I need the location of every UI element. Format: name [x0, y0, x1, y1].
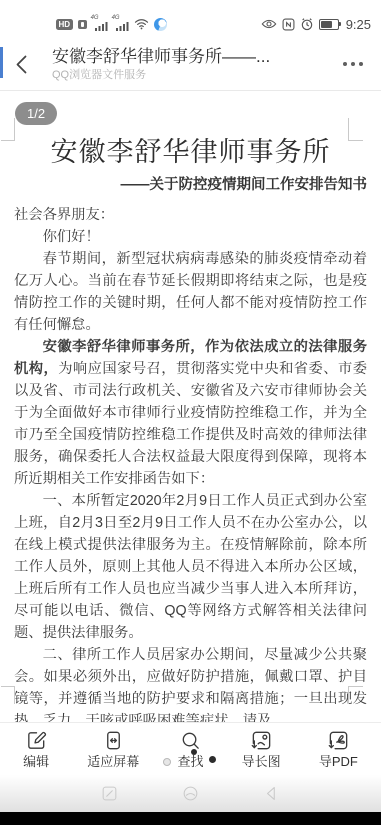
- find-button[interactable]: 查找: [177, 729, 203, 769]
- document-title-header: 安徽李舒华律师事务所——...: [52, 46, 270, 67]
- document-page[interactable]: 1/2 安徽李舒华律师事务所 ——关于防控疫情期间工作安排告知书 社会各界朋友：…: [0, 91, 381, 722]
- qq-browser-doc-viewer: HD 4G 4G: [0, 0, 381, 825]
- find-dot-right: [209, 756, 216, 763]
- wifi-icon: [134, 18, 149, 30]
- app-header: 安徽李舒华律师事务所——... QQ浏览器文件服务: [0, 38, 381, 91]
- export-pdf-icon: [327, 729, 350, 752]
- doc-paragraph: 安徽李舒华律师事务所，作为依法成立的法律服务机构，为响应国家号召，贯彻落实党中央…: [14, 336, 367, 490]
- more-options-button[interactable]: [341, 56, 365, 72]
- signal-strength-icon-sim1: 4G: [92, 17, 108, 31]
- doc-paragraph: 春节期间，新型冠状病病毒感染的肺炎疫情牵动着亿万人心。当前在春节延长假期即将结束…: [14, 248, 367, 336]
- doc-paragraph: 你们好！: [14, 226, 367, 248]
- service-name: QQ浏览器文件服务: [52, 68, 270, 82]
- find-dot-left: [163, 758, 171, 766]
- page-corner-bottom-right: [348, 686, 363, 704]
- edge-indicator: [0, 47, 3, 78]
- bottom-toolbar: 编辑 适应屏幕 查找 导长图: [0, 722, 381, 775]
- sim-badge-icon: [78, 20, 87, 29]
- doc-paragraph: 一、本所暂定2020年2月9日工作人员正式到办公室上班，自2月3日至2月9日工作…: [14, 490, 367, 644]
- page-corner-bottom-left: [1, 686, 15, 704]
- fit-screen-icon: [102, 729, 125, 752]
- page-indicator-badge: 1/2: [15, 102, 57, 125]
- status-bar: HD 4G 4G: [0, 0, 381, 38]
- alarm-icon: [300, 17, 314, 31]
- export-pdf-button[interactable]: 导PDF: [319, 729, 358, 769]
- android-nav-bar: [0, 775, 381, 812]
- edit-icon: [25, 729, 48, 752]
- doc-title: 安徽李舒华律师事务所: [14, 135, 367, 169]
- export-long-image-button[interactable]: 导长图: [242, 729, 281, 769]
- bottom-black-bar: [0, 812, 381, 825]
- nfc-icon: [282, 18, 295, 31]
- recents-nav-icon[interactable]: [100, 784, 119, 803]
- doc-paragraph: 社会各界朋友：: [14, 204, 367, 226]
- edit-button[interactable]: 编辑: [23, 729, 49, 769]
- page-corner-top-left: [1, 118, 15, 141]
- doc-body: 社会各界朋友： 你们好！ 春节期间，新型冠状病病毒感染的肺炎疫情牵动着亿万人心。…: [14, 204, 367, 722]
- volte-hd-icon: HD: [56, 19, 73, 30]
- battery-icon: [319, 19, 339, 30]
- fit-screen-button[interactable]: 适应屏幕: [87, 729, 139, 769]
- export-long-image-icon: [250, 729, 273, 752]
- doc-paragraph: 二、律所工作人员居家办公期间，尽量减少公共聚会。如果必须外出，应做好防护措施，佩…: [14, 644, 367, 722]
- search-icon: [179, 729, 202, 752]
- header-text: 安徽李舒华律师事务所——... QQ浏览器文件服务: [52, 46, 270, 82]
- signal-strength-icon-sim2: 4G: [113, 17, 129, 31]
- eye-comfort-icon: [261, 18, 277, 30]
- home-nav-icon[interactable]: [181, 784, 200, 803]
- clock-time: 9:25: [346, 17, 371, 32]
- assistant-bubble-icon: [154, 18, 167, 31]
- doc-subtitle: ——关于防控疫情期间工作安排告知书: [0, 176, 381, 195]
- back-nav-icon[interactable]: [262, 784, 281, 803]
- find-dot-top: [191, 749, 197, 755]
- page-corner-top-right: [348, 118, 363, 141]
- back-button[interactable]: [16, 52, 40, 76]
